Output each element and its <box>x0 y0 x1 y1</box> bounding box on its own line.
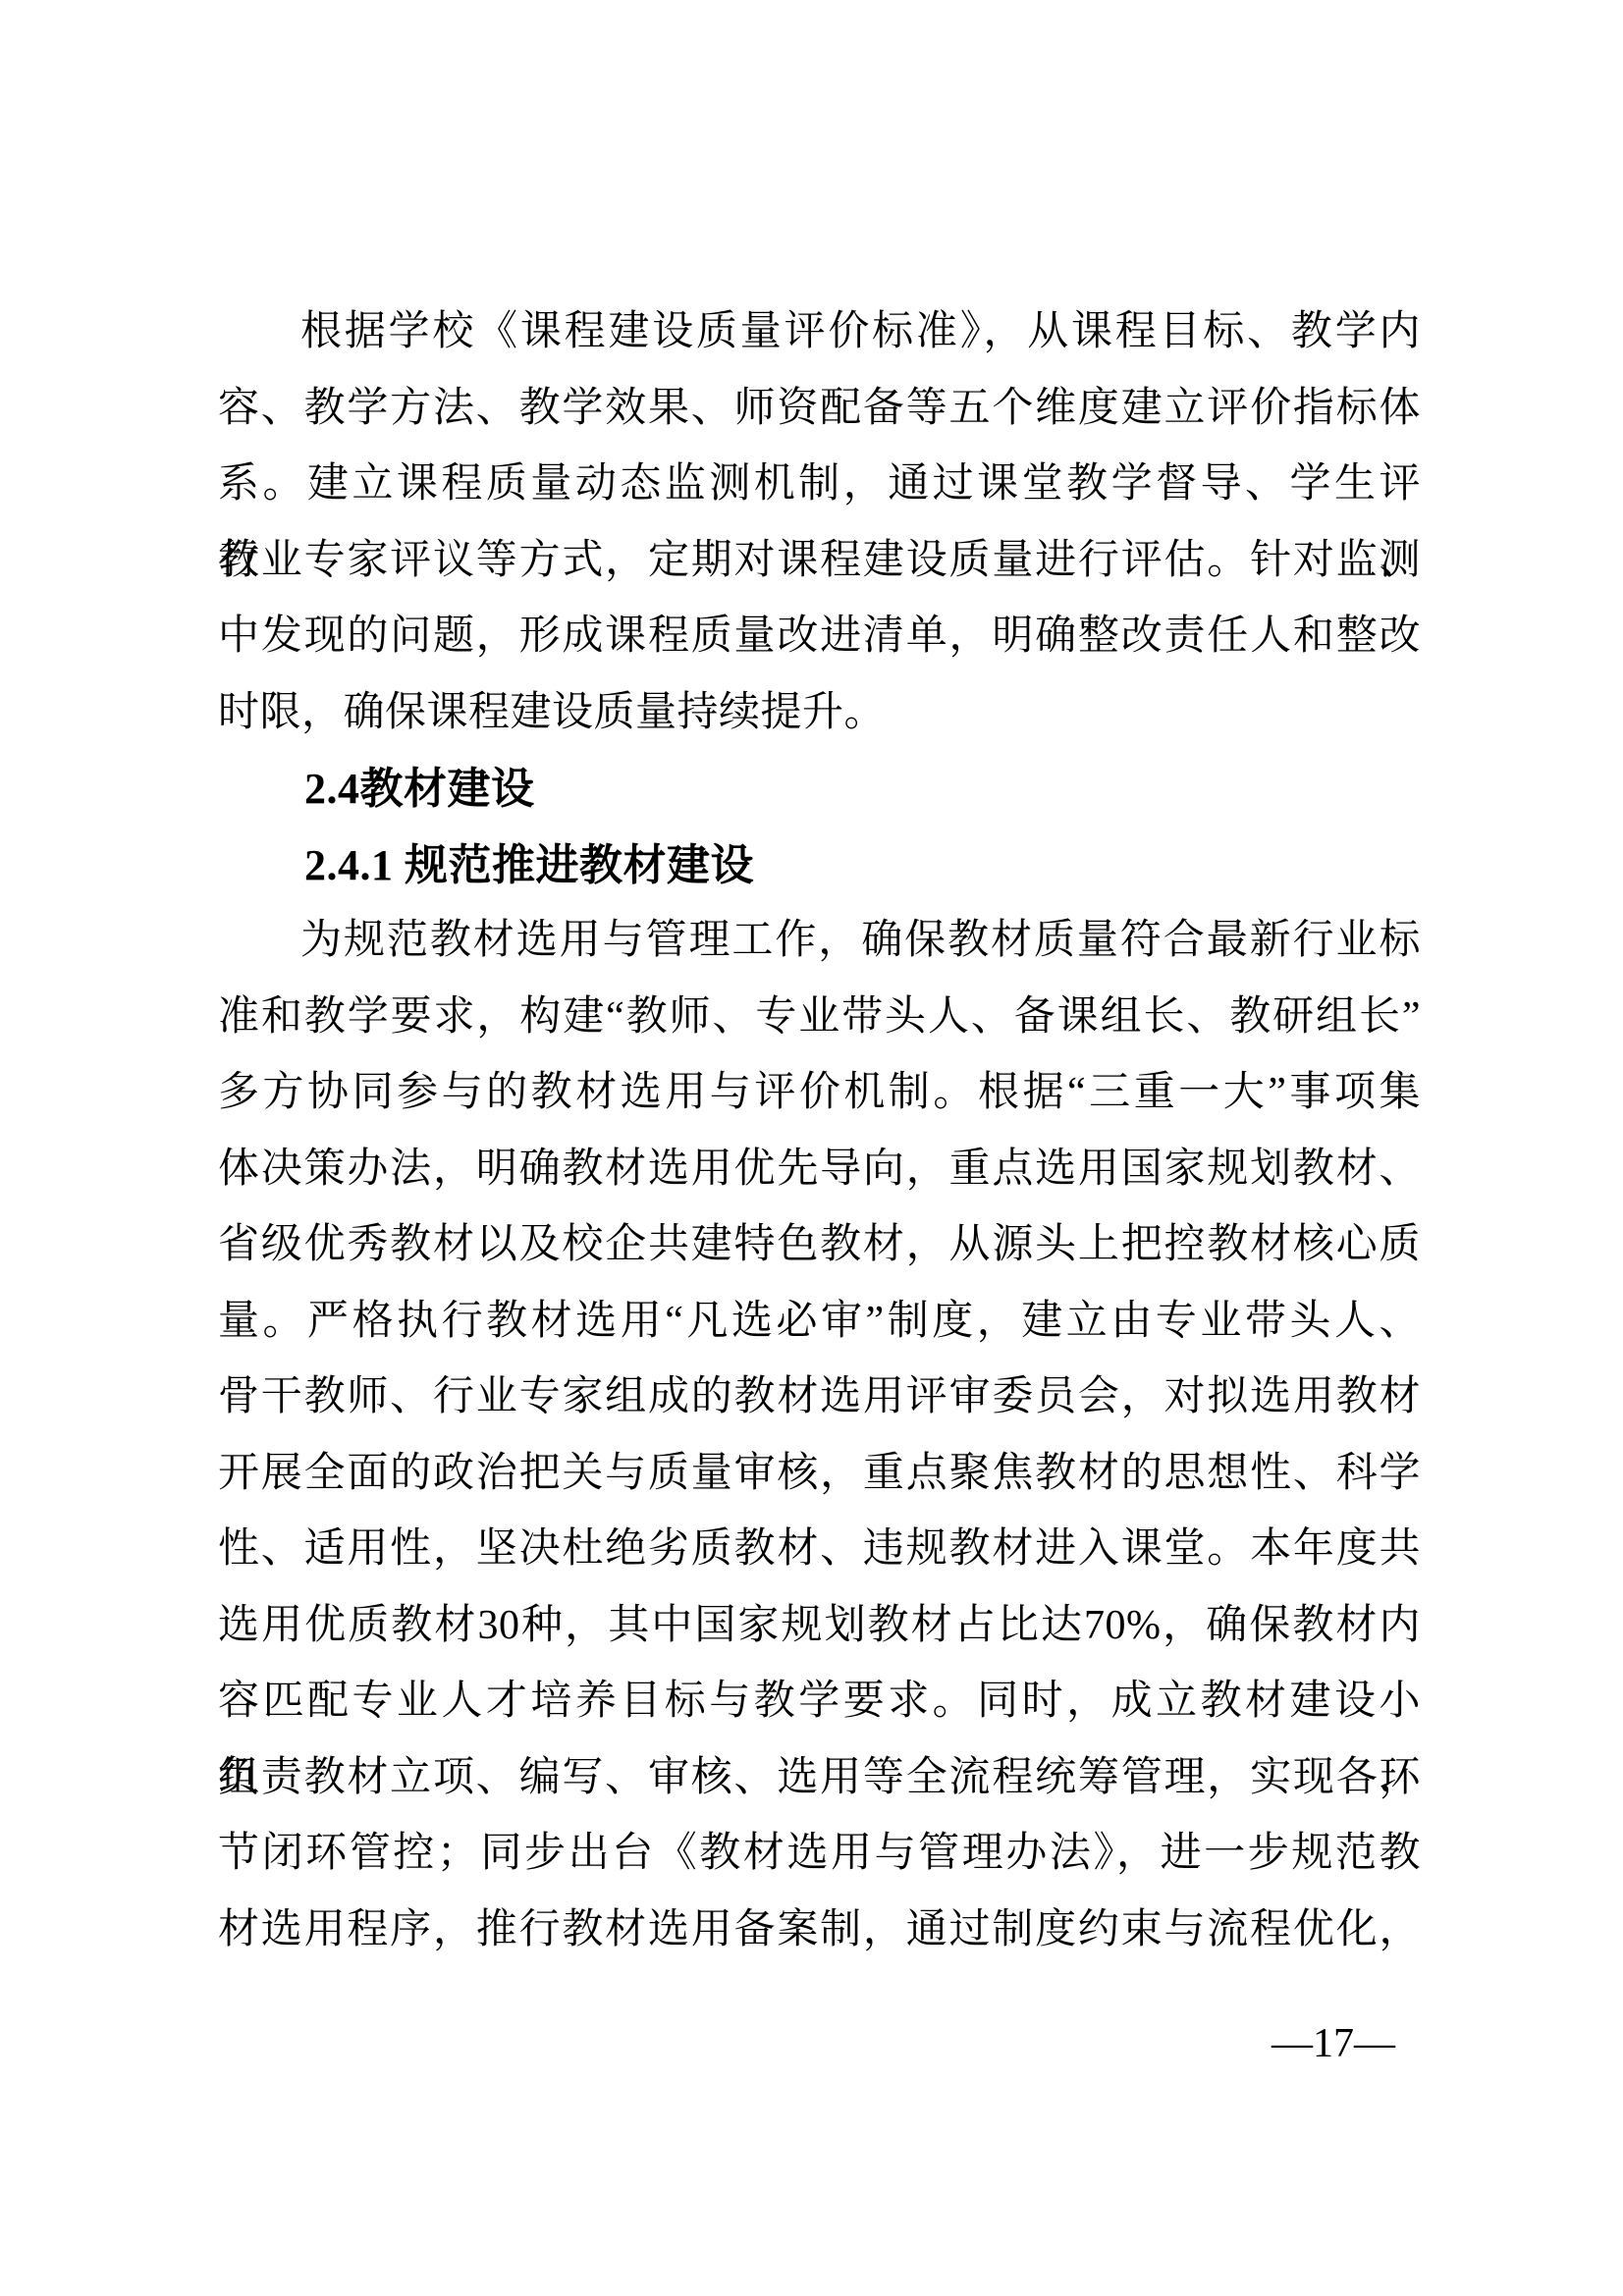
paragraph1-line-4: 行业专家评议等方式，定期对课程建设质量进行评估。针对监测 <box>218 523 1421 600</box>
paragraph1-line-3: 系。建立课程质量动态监测机制，通过课堂教学督导、学生评教、 <box>218 447 1421 523</box>
paragraph2-line-8: 开展全面的政治把关与质量审核，重点聚焦教材的思想性、科学 <box>218 1436 1421 1513</box>
paragraph2-line-7: 骨干教师、行业专家组成的教材选用评审委员会，对拟选用教材 <box>218 1360 1421 1436</box>
paragraph2-line-12: 负责教材立项、编写、审核、选用等全流程统筹管理，实现各环 <box>218 1740 1421 1817</box>
paragraph2-line-3: 多方协同参与的教材选用与评价机制。根据“三重一大”事项集 <box>218 1055 1421 1132</box>
paragraph2-line-14: 材选用程序，推行教材选用备案制，通过制度约束与流程优化， <box>218 1893 1421 1969</box>
section-heading-2-4-1: 2.4.1 规范推进教材建设 <box>218 828 1421 904</box>
paragraph2-line-11: 容匹配专业人才培养目标与教学要求。同时，成立教材建设小组， <box>218 1664 1421 1740</box>
document-body: 根据学校《课程建设质量评价标准》，从课程目标、教学内 容、教学方法、教学效果、师… <box>218 294 1421 1968</box>
paragraph2-line-9: 性、适用性，坚决杜绝劣质教材、违规教材进入课堂。本年度共 <box>218 1512 1421 1588</box>
paragraph2-line-13: 节闭环管控；同步出台《教材选用与管理办法》，进一步规范教 <box>218 1816 1421 1893</box>
paragraph2-line-4: 体决策办法，明确教材选用优先导向，重点选用国家规划教材、 <box>218 1132 1421 1208</box>
page-number: —17— <box>1271 2020 1395 2067</box>
paragraph2-line-1: 为规范教材选用与管理工作，确保教材质量符合最新行业标 <box>218 903 1421 980</box>
paragraph1-line-5: 中发现的问题，形成课程质量改进清单，明确整改责任人和整改 <box>218 599 1421 675</box>
document-page: 根据学校《课程建设质量评价标准》，从课程目标、教学内 容、教学方法、教学效果、师… <box>0 0 1623 2296</box>
paragraph2-line-10: 选用优质教材30种，其中国家规划教材占比达70%，确保教材内 <box>218 1588 1421 1665</box>
section-heading-2-4: 2.4教材建设 <box>218 751 1421 828</box>
paragraph1-line-6: 时限，确保课程建设质量持续提升。 <box>218 675 1421 752</box>
paragraph2-line-6: 量。严格执行教材选用“凡选必审”制度，建立由专业带头人、 <box>218 1284 1421 1361</box>
paragraph1-line-2: 容、教学方法、教学效果、师资配备等五个维度建立评价指标体 <box>218 371 1421 448</box>
paragraph1-line-1: 根据学校《课程建设质量评价标准》，从课程目标、教学内 <box>218 294 1421 371</box>
paragraph2-line-5: 省级优秀教材以及校企共建特色教材，从源头上把控教材核心质 <box>218 1207 1421 1284</box>
paragraph2-line-2: 准和教学要求，构建“教师、专业带头人、备课组长、教研组长” <box>218 980 1421 1056</box>
